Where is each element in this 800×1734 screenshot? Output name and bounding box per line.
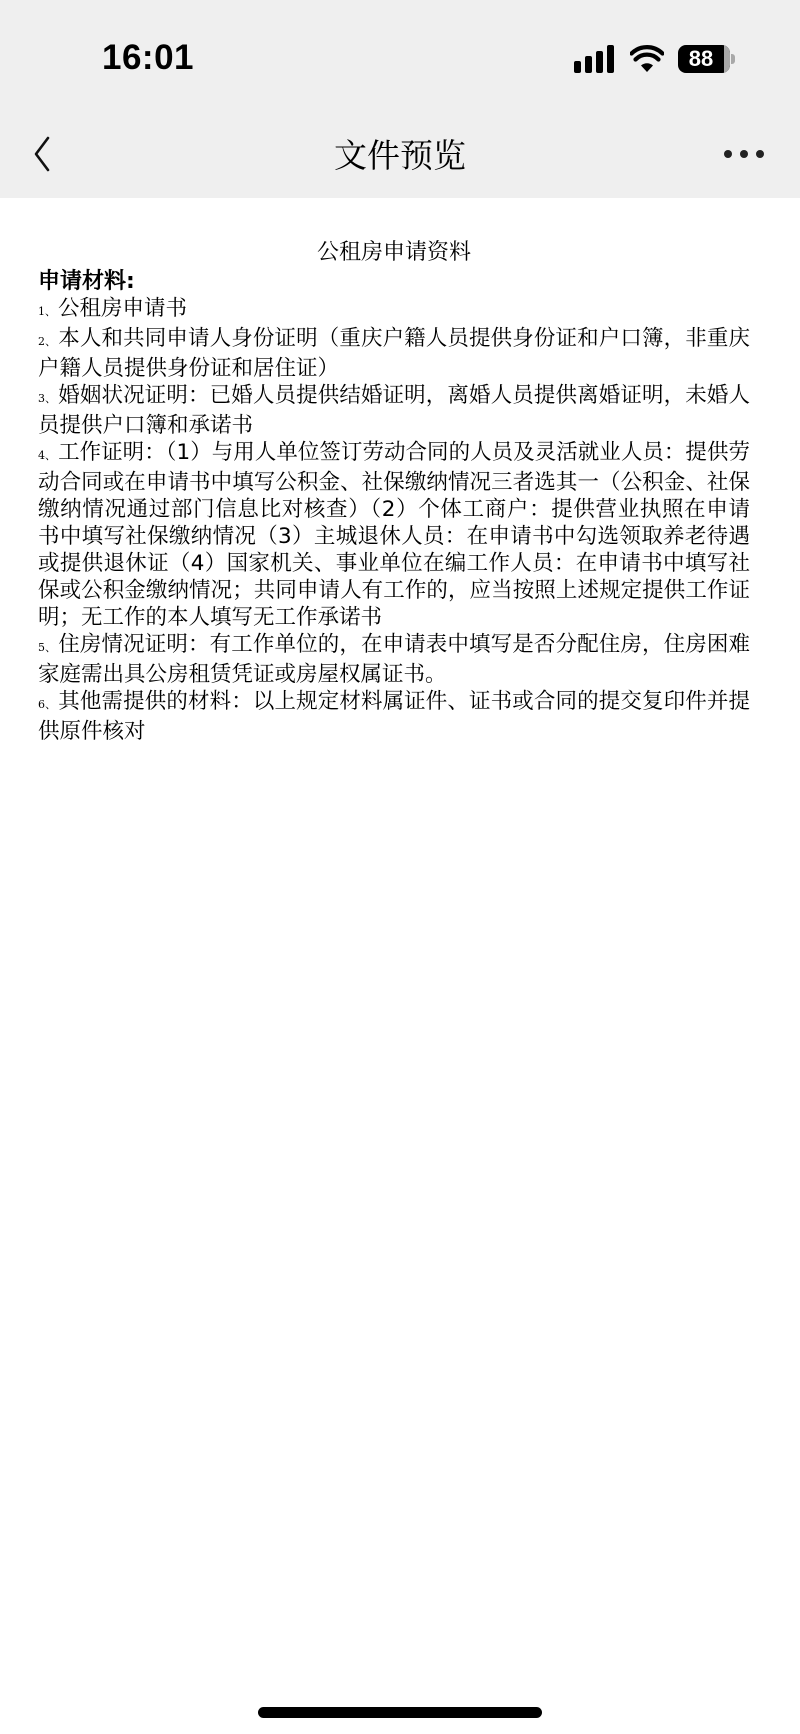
more-horizontal-icon xyxy=(724,150,732,158)
item-text: 公租房申请书 xyxy=(58,296,187,321)
top-bar: 16:01 88 文件预览 xyxy=(0,0,800,198)
status-time: 16:01 xyxy=(102,38,194,78)
document-title: 公租房申请资料 xyxy=(38,238,750,268)
more-horizontal-icon xyxy=(740,150,748,158)
document-heading: 申请材料: xyxy=(38,268,750,295)
wifi-icon xyxy=(630,45,664,73)
list-item: 6、其他需提供的材料：以上规定材料属证件、证书或合同的提交复印件并提供原件核对 xyxy=(38,688,750,745)
item-text: 婚姻状况证明：已婚人员提供结婚证明，离婚人员提供离婚证明，未婚人员提供户口簿和承… xyxy=(38,383,750,438)
item-number: 2、 xyxy=(38,335,56,348)
page-title: 文件预览 xyxy=(0,130,800,177)
list-item: 4、工作证明：（1）与用人单位签订劳动合同的人员及灵活就业人员：提供劳动合同或在… xyxy=(38,439,750,631)
item-text: 工作证明：（1）与用人单位签订劳动合同的人员及灵活就业人员：提供劳动合同或在申请… xyxy=(38,440,750,630)
cellular-signal-icon xyxy=(574,45,616,73)
list-item: 2、本人和共同申请人身份证明（重庆户籍人员提供身份证和户口簿，非重庆户籍人员提供… xyxy=(38,325,750,382)
item-text: 本人和共同申请人身份证明（重庆户籍人员提供身份证和户口簿，非重庆户籍人员提供身份… xyxy=(38,326,750,381)
item-number: 6、 xyxy=(38,698,56,711)
item-number: 4、 xyxy=(38,449,56,462)
item-text: 住房情况证明：有工作单位的，在申请表中填写是否分配住房，住房困难家庭需出具公房租… xyxy=(38,632,750,687)
more-horizontal-icon xyxy=(756,150,764,158)
item-number: 3、 xyxy=(38,392,56,405)
item-number: 1、 xyxy=(38,305,56,318)
home-indicator[interactable] xyxy=(258,1707,542,1718)
battery-icon: 88 xyxy=(678,45,730,73)
more-button[interactable] xyxy=(724,144,764,164)
item-text: 其他需提供的材料：以上规定材料属证件、证书或合同的提交复印件并提供原件核对 xyxy=(38,689,750,744)
status-icons: 88 xyxy=(574,44,735,74)
battery-level: 88 xyxy=(678,45,724,73)
document-preview: 公租房申请资料 申请材料: 1、公租房申请书 2、本人和共同申请人身份证明（重庆… xyxy=(38,238,750,745)
battery-tip xyxy=(731,54,735,64)
list-item: 3、婚姻状况证明：已婚人员提供结婚证明，离婚人员提供离婚证明，未婚人员提供户口簿… xyxy=(38,382,750,439)
list-item: 1、公租房申请书 xyxy=(38,295,750,325)
list-item: 5、住房情况证明：有工作单位的，在申请表中填写是否分配住房，住房困难家庭需出具公… xyxy=(38,631,750,688)
item-number: 5、 xyxy=(38,641,56,654)
